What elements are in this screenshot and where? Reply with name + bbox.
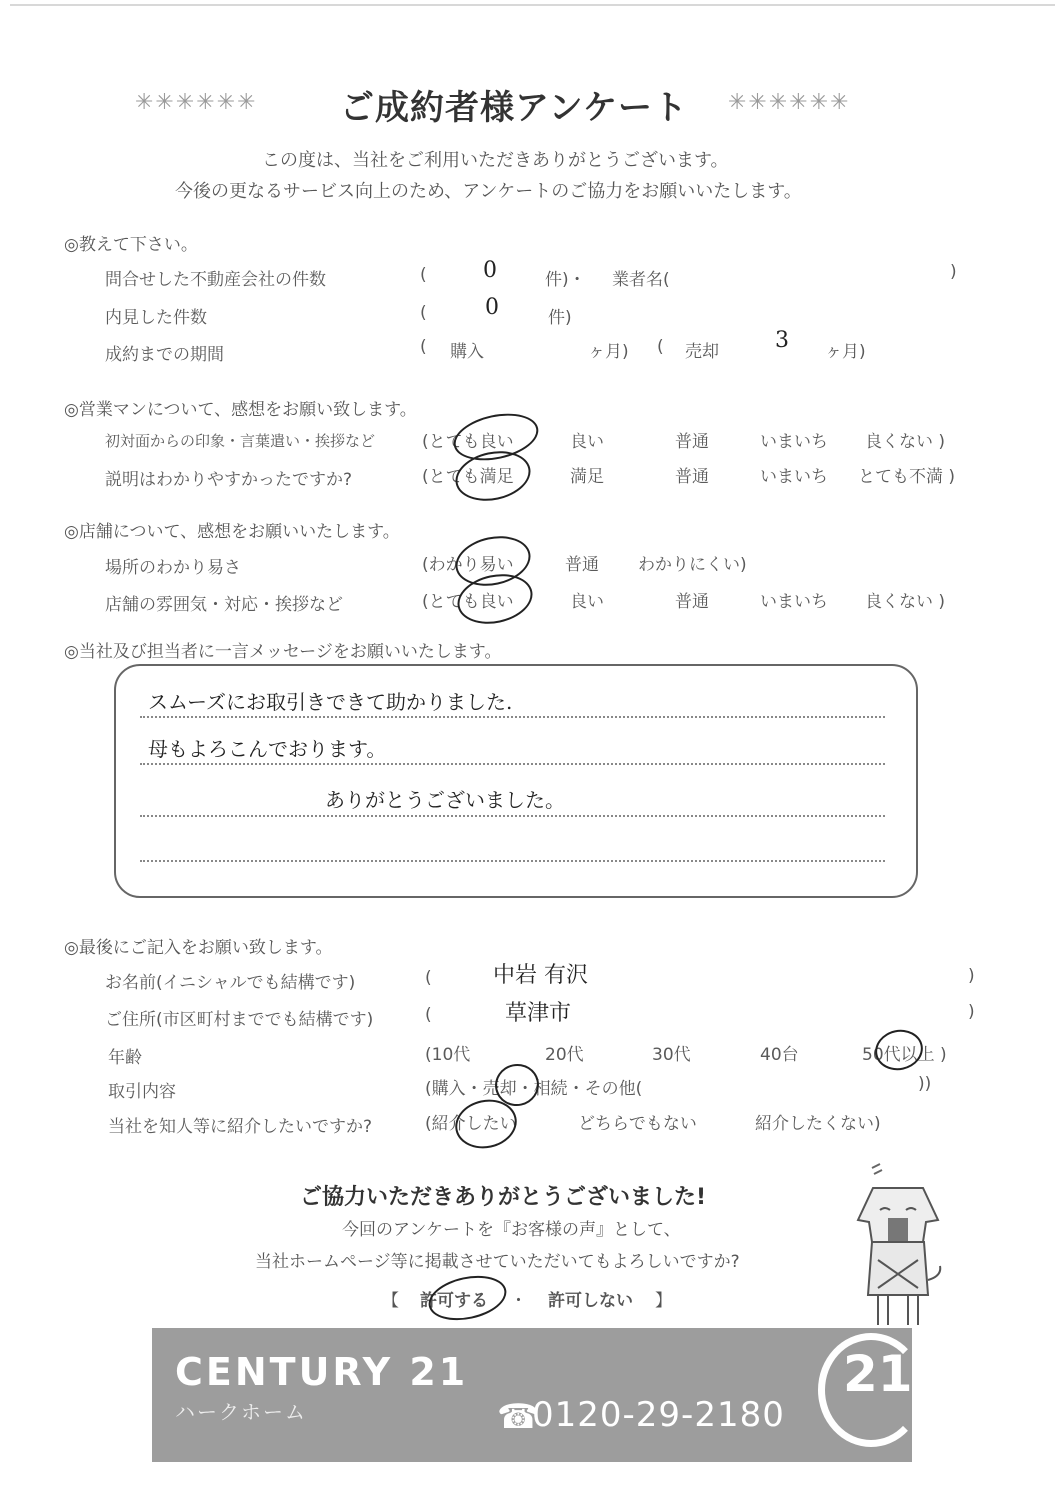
paren-close: ) <box>968 1002 975 1022</box>
paren-open: ( <box>420 303 427 323</box>
selection-circle <box>871 1025 926 1074</box>
option-not-refer[interactable]: 紹介したくない) <box>755 1109 881 1134</box>
option-age-20s[interactable]: 20代 <box>545 1040 584 1065</box>
label-address: ご住所(市区町村まででも結構です) <box>105 1005 373 1030</box>
message-line-2: 母もよろこんでおります。 <box>148 733 386 762</box>
option-average[interactable]: 普通 <box>675 462 709 487</box>
bracket-open: 【 <box>382 1286 399 1311</box>
answer-inquiry-count[interactable]: 0 <box>483 258 497 283</box>
company-name: ハークホーム <box>175 1396 307 1425</box>
unit-months: ヶ月) <box>588 337 629 362</box>
unit-count: 件) <box>548 303 572 328</box>
label-transaction-type: 取引内容 <box>108 1077 176 1102</box>
label-referral: 当社を知人等に紹介したいですか? <box>108 1112 372 1137</box>
answer-viewing-count[interactable]: 0 <box>485 295 499 320</box>
answer-sell-months[interactable]: 3 <box>775 328 789 353</box>
option-good[interactable]: 良い <box>570 587 604 612</box>
question-period: 成約までの期間 <box>105 340 224 365</box>
label-age: 年齢 <box>108 1043 142 1068</box>
answer-address[interactable]: 草津市 <box>505 996 571 1027</box>
ruled-line <box>140 716 885 718</box>
option-so-so[interactable]: いまいち <box>760 462 828 487</box>
decor-stars-right: ✳✳✳✳✳✳ <box>728 90 851 115</box>
paren-open: ( <box>420 337 427 357</box>
unit-months: ヶ月) <box>825 337 866 362</box>
scan-top-edge <box>10 4 1055 6</box>
paren-open: ( <box>425 1005 432 1025</box>
option-not-good[interactable]: 良くない ) <box>865 587 945 612</box>
paren-close: )) <box>918 1074 931 1094</box>
selection-circle <box>424 1269 510 1327</box>
brand-name: CENTURY 21 <box>175 1350 468 1394</box>
option-so-so[interactable]: いまいち <box>760 587 828 612</box>
section-heading-final: ◎最後にご記入をお願い致します。 <box>64 933 332 958</box>
option-neutral[interactable]: どちらでもない <box>578 1109 697 1134</box>
option-average[interactable]: 普通 <box>675 427 709 452</box>
ruled-line <box>140 860 885 862</box>
paren-close: ) <box>950 262 957 282</box>
decor-stars-left: ✳✳✳✳✳✳ <box>135 90 258 115</box>
dog-mascot-bowing-icon <box>838 1160 958 1330</box>
intro-line-1: この度は、当社をご利用いただきありがとうございます。 <box>262 146 729 172</box>
label-buy: 購入 <box>450 337 484 362</box>
phone-number[interactable]: 0120-29-2180 <box>532 1395 785 1435</box>
ruled-line <box>140 763 885 765</box>
option-not-good[interactable]: 良くない ) <box>865 427 945 452</box>
option-so-so[interactable]: いまいち <box>760 427 828 452</box>
ruled-line <box>140 815 885 817</box>
section-heading-info: ◎教えて下さい。 <box>64 230 198 255</box>
option-average[interactable]: 普通 <box>565 550 599 575</box>
unit-count: 件)・ <box>545 265 586 290</box>
question-viewing-count: 内見した件数 <box>105 303 207 328</box>
question-store-atmosphere: 店舗の雰囲気・対応・挨拶など <box>105 590 343 615</box>
message-line-3: ありがとうございました。 <box>325 784 565 813</box>
publish-question-line-2: 当社ホームページ等に掲載させていただいてもよろしいですか? <box>255 1247 740 1272</box>
thanks-heading: ご協力いただきありがとうございました! <box>300 1180 706 1211</box>
answer-name[interactable]: 中岩 有沢 <box>493 958 588 989</box>
option-very-dissatisfied[interactable]: とても不満 ) <box>858 462 955 487</box>
option-age-40s[interactable]: 40台 <box>760 1040 799 1065</box>
message-line-1: スムーズにお取引きできて助かりました. <box>148 686 512 715</box>
option-average[interactable]: 普通 <box>675 587 709 612</box>
option-deny[interactable]: 許可しない <box>548 1286 633 1311</box>
option-age-10s[interactable]: (10代 <box>425 1040 470 1065</box>
section-heading-store: ◎店舗について、感想をお願いいたします。 <box>64 517 400 542</box>
paren-open: ( <box>420 265 427 285</box>
option-good[interactable]: 良い <box>570 427 604 452</box>
label-sell: 売却 <box>685 337 719 362</box>
question-first-impression: 初対面からの印象・言葉遣い・挨拶など <box>105 430 375 451</box>
section-heading-message: ◎当社及び担当者に一言メッセージをお願いいたします。 <box>64 637 501 662</box>
logo-21: 21 <box>843 1345 913 1403</box>
label-company-name: 業者名( <box>612 265 670 290</box>
page-title: ご成約者様アンケート <box>340 80 688 129</box>
intro-line-2: 今後の更なるサービス向上のため、アンケートのご協力をお願いいたします。 <box>175 177 802 203</box>
paren-open: ( <box>657 337 664 357</box>
question-explanation-clarity: 説明はわかりやすかったですか? <box>105 465 352 490</box>
option-hard[interactable]: わかりにくい) <box>638 550 747 575</box>
separator: ・ <box>510 1286 527 1311</box>
question-inquiry-count: 問合せした不動産会社の件数 <box>105 265 326 290</box>
question-location-ease: 場所のわかり易さ <box>105 553 241 578</box>
option-satisfied[interactable]: 満足 <box>570 462 604 487</box>
bracket-close: 】 <box>655 1286 672 1311</box>
paren-close: ) <box>968 966 975 986</box>
publish-question-line-1: 今回のアンケートを『お客様の声』として、 <box>342 1215 681 1240</box>
section-heading-sales-staff: ◎営業マンについて、感想をお願い致します。 <box>64 395 417 420</box>
option-age-30s[interactable]: 30代 <box>652 1040 691 1065</box>
paren-open: ( <box>425 968 432 988</box>
label-name: お名前(イニシャルでも結構です) <box>105 968 355 993</box>
